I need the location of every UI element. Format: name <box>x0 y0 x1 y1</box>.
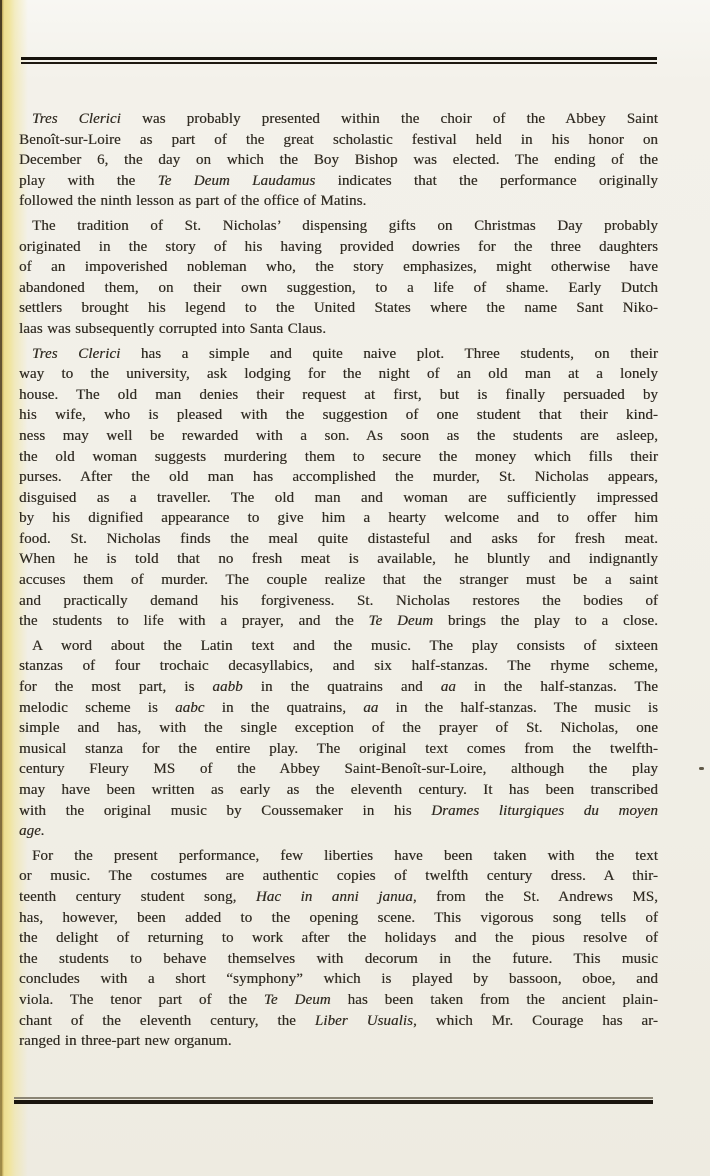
text-run: in the quatrains, <box>205 700 364 716</box>
italic-text-run: Drames liturgiques du moyen <box>431 803 658 819</box>
text-run: the students to life with a prayer, and … <box>19 613 368 629</box>
top-rule-thin-line <box>21 62 657 64</box>
text-run: ranged in three-part new organum. <box>19 1033 232 1049</box>
text-run: musical stanza for the entire play. The … <box>19 741 658 757</box>
paragraph: The tradition of St. Nicholas’ dispensin… <box>19 216 658 340</box>
text-line: of an impoverished nobleman who, the sto… <box>19 257 658 278</box>
text-run: house. The old man denies their request … <box>19 387 658 403</box>
text-line: A word about the Latin text and the musi… <box>19 636 658 657</box>
text-run: play with the <box>19 173 158 189</box>
text-run: The tradition of St. Nicholas’ dispensin… <box>32 218 658 234</box>
text-run: abandoned them, on their own suggestion,… <box>19 280 658 296</box>
text-line: For the present performance, few liberti… <box>19 846 658 867</box>
text-line: the students to behave themselves with d… <box>19 949 658 970</box>
text-run: purses. After the old man has accomplish… <box>19 469 658 485</box>
text-line: simple and has, with the single exceptio… <box>19 718 658 739</box>
text-line: musical stanza for the entire play. The … <box>19 739 658 760</box>
italic-text-run: Te Deum Laudamus <box>158 173 316 189</box>
left-page-edge-line <box>0 0 2 1176</box>
text-run: was probably presented within the choir … <box>121 111 658 127</box>
text-line: abandoned them, on their own suggestion,… <box>19 278 658 299</box>
text-line: disguised as a traveller. The old man an… <box>19 488 658 509</box>
text-run: viola. The tenor part of the <box>19 992 264 1008</box>
text-line: age. <box>19 821 658 842</box>
text-run: laas was subsequently corrupted into San… <box>19 321 326 337</box>
text-line: the students to life with a prayer, and … <box>19 611 658 632</box>
italic-text-run: Te Deum <box>264 992 331 1008</box>
text-line: way to the university, ask lodging for t… <box>19 364 658 385</box>
text-line: melodic scheme is aabc in the quatrains,… <box>19 698 658 719</box>
text-run: by his dignified appearance to give him … <box>19 510 658 526</box>
text-line: the old woman suggests murdering them to… <box>19 447 658 468</box>
italic-text-run: Tres Clerici <box>32 111 121 127</box>
italic-text-run: Liber Usualis <box>315 1013 413 1029</box>
text-run: has a simple and quite naive plot. Three… <box>120 346 658 362</box>
text-line: with the original music by Coussemaker i… <box>19 801 658 822</box>
text-line: food. St. Nicholas finds the meal quite … <box>19 529 658 550</box>
text-line: The tradition of St. Nicholas’ dispensin… <box>19 216 658 237</box>
italic-text-run: Tres Clerici <box>32 346 120 362</box>
text-run: accuses them of murder. The couple reali… <box>19 572 658 588</box>
italic-text-run: aa <box>363 700 378 716</box>
text-line: accuses them of murder. The couple reali… <box>19 570 658 591</box>
text-run: A word about the Latin text and the musi… <box>32 638 658 654</box>
text-line: ness may well be rewarded with a son. As… <box>19 426 658 447</box>
text-run: stanzas of four trochaic decasyllabics, … <box>19 658 658 674</box>
text-line: Tres Clerici was probably presented with… <box>19 109 658 130</box>
italic-text-run: Te Deum <box>368 613 433 629</box>
scanned-program-page: { "page": { "colors": { "paper": "#f1eee… <box>0 0 710 1176</box>
text-run: the delight of returning to work after t… <box>19 930 658 946</box>
text-run: and practically demand his forgiveness. … <box>19 593 658 609</box>
text-line: ranged in three-part new organum. <box>19 1031 658 1052</box>
text-run: century Fleury MS of the Abbey Saint-Ben… <box>19 761 658 777</box>
text-line: house. The old man denies their request … <box>19 385 658 406</box>
text-line: Benoît-sur-Loire as part of the great sc… <box>19 130 658 151</box>
text-run: melodic scheme is <box>19 700 175 716</box>
text-line: laas was subsequently corrupted into San… <box>19 319 658 340</box>
paragraph: For the present performance, few liberti… <box>19 846 658 1052</box>
text-run: with the original music by Coussemaker i… <box>19 803 431 819</box>
italic-text-run: age. <box>19 823 45 839</box>
text-line: the delight of returning to work after t… <box>19 928 658 949</box>
text-line: teenth century student song, Hac in anni… <box>19 887 658 908</box>
text-run: of an impoverished nobleman who, the sto… <box>19 259 658 275</box>
text-line: and practically demand his forgiveness. … <box>19 591 658 612</box>
text-line: by his dignified appearance to give him … <box>19 508 658 529</box>
text-run: in the quatrains and <box>243 679 441 695</box>
ink-speck <box>699 767 704 770</box>
text-line: play with the Te Deum Laudamus indicates… <box>19 171 658 192</box>
paragraph: A word about the Latin text and the musi… <box>19 636 658 842</box>
text-run: for the most part, is <box>19 679 212 695</box>
text-run: , which Mr. Courage has ar- <box>413 1013 658 1029</box>
text-line: has, however, been added to the opening … <box>19 908 658 929</box>
text-run: has been taken from the ancient plain- <box>331 992 658 1008</box>
text-run: indicates that the performance originall… <box>315 173 658 189</box>
text-run: settlers brought his legend to the Unite… <box>19 300 658 316</box>
italic-text-run: Hac in anni janua <box>256 889 413 905</box>
text-run: or music. The costumes are authentic cop… <box>19 868 658 884</box>
text-run: the old woman suggests murdering them to… <box>19 449 658 465</box>
text-line: December 6, the day on which the Boy Bis… <box>19 150 658 171</box>
text-block: Tres Clerici was probably presented with… <box>19 109 658 1052</box>
text-line: When he is told that no fresh meat is av… <box>19 549 658 570</box>
text-line: concludes with a short “symphony” which … <box>19 969 658 990</box>
text-line: originated in the story of his having pr… <box>19 237 658 258</box>
text-run: originated in the story of his having pr… <box>19 239 658 255</box>
text-line: purses. After the old man has accomplish… <box>19 467 658 488</box>
text-run: chant of the eleventh century, the <box>19 1013 315 1029</box>
text-run: , from the St. Andrews MS, <box>413 889 658 905</box>
text-line: may have been written as early as the el… <box>19 780 658 801</box>
text-line: viola. The tenor part of the Te Deum has… <box>19 990 658 1011</box>
top-double-rule <box>21 57 657 64</box>
text-run: the students to behave themselves with d… <box>19 951 658 967</box>
italic-text-run: aa <box>441 679 456 695</box>
text-run: may have been written as early as the el… <box>19 782 658 798</box>
text-run: ness may well be rewarded with a son. As… <box>19 428 658 444</box>
italic-text-run: aabc <box>175 700 204 716</box>
text-run: followed the ninth lesson as part of the… <box>19 193 366 209</box>
text-line: followed the ninth lesson as part of the… <box>19 191 658 212</box>
text-run: brings the play to a close. <box>433 613 658 629</box>
bottom-double-rule <box>14 1097 653 1104</box>
paragraph: Tres Clerici was probably presented with… <box>19 109 658 212</box>
paragraph: Tres Clerici has a simple and quite naiv… <box>19 344 658 632</box>
text-run: way to the university, ask lodging for t… <box>19 366 658 382</box>
text-run: in the half-stanzas. The <box>456 679 658 695</box>
text-line: chant of the eleventh century, the Liber… <box>19 1011 658 1032</box>
italic-text-run: aabb <box>212 679 242 695</box>
text-run: disguised as a traveller. The old man an… <box>19 490 658 506</box>
text-line: settlers brought his legend to the Unite… <box>19 298 658 319</box>
text-line: for the most part, is aabb in the quatra… <box>19 677 658 698</box>
text-run: concludes with a short “symphony” which … <box>19 971 658 987</box>
bottom-rule-thick-line <box>14 1100 653 1104</box>
text-run: Benoît-sur-Loire as part of the great sc… <box>19 132 658 148</box>
text-run: December 6, the day on which the Boy Bis… <box>19 152 658 168</box>
text-run: When he is told that no fresh meat is av… <box>19 551 658 567</box>
text-run: his wife, who is pleased with the sugges… <box>19 407 658 423</box>
text-run: simple and has, with the single exceptio… <box>19 720 658 736</box>
text-line: Tres Clerici has a simple and quite naiv… <box>19 344 658 365</box>
text-line: stanzas of four trochaic decasyllabics, … <box>19 656 658 677</box>
text-run: has, however, been added to the opening … <box>19 910 658 926</box>
text-line: his wife, who is pleased with the sugges… <box>19 405 658 426</box>
text-run: food. St. Nicholas finds the meal quite … <box>19 531 658 547</box>
text-line: century Fleury MS of the Abbey Saint-Ben… <box>19 759 658 780</box>
text-run: For the present performance, few liberti… <box>32 848 658 864</box>
text-line: or music. The costumes are authentic cop… <box>19 866 658 887</box>
text-run: teenth century student song, <box>19 889 256 905</box>
text-run: in the half-stanzas. The music is <box>378 700 658 716</box>
